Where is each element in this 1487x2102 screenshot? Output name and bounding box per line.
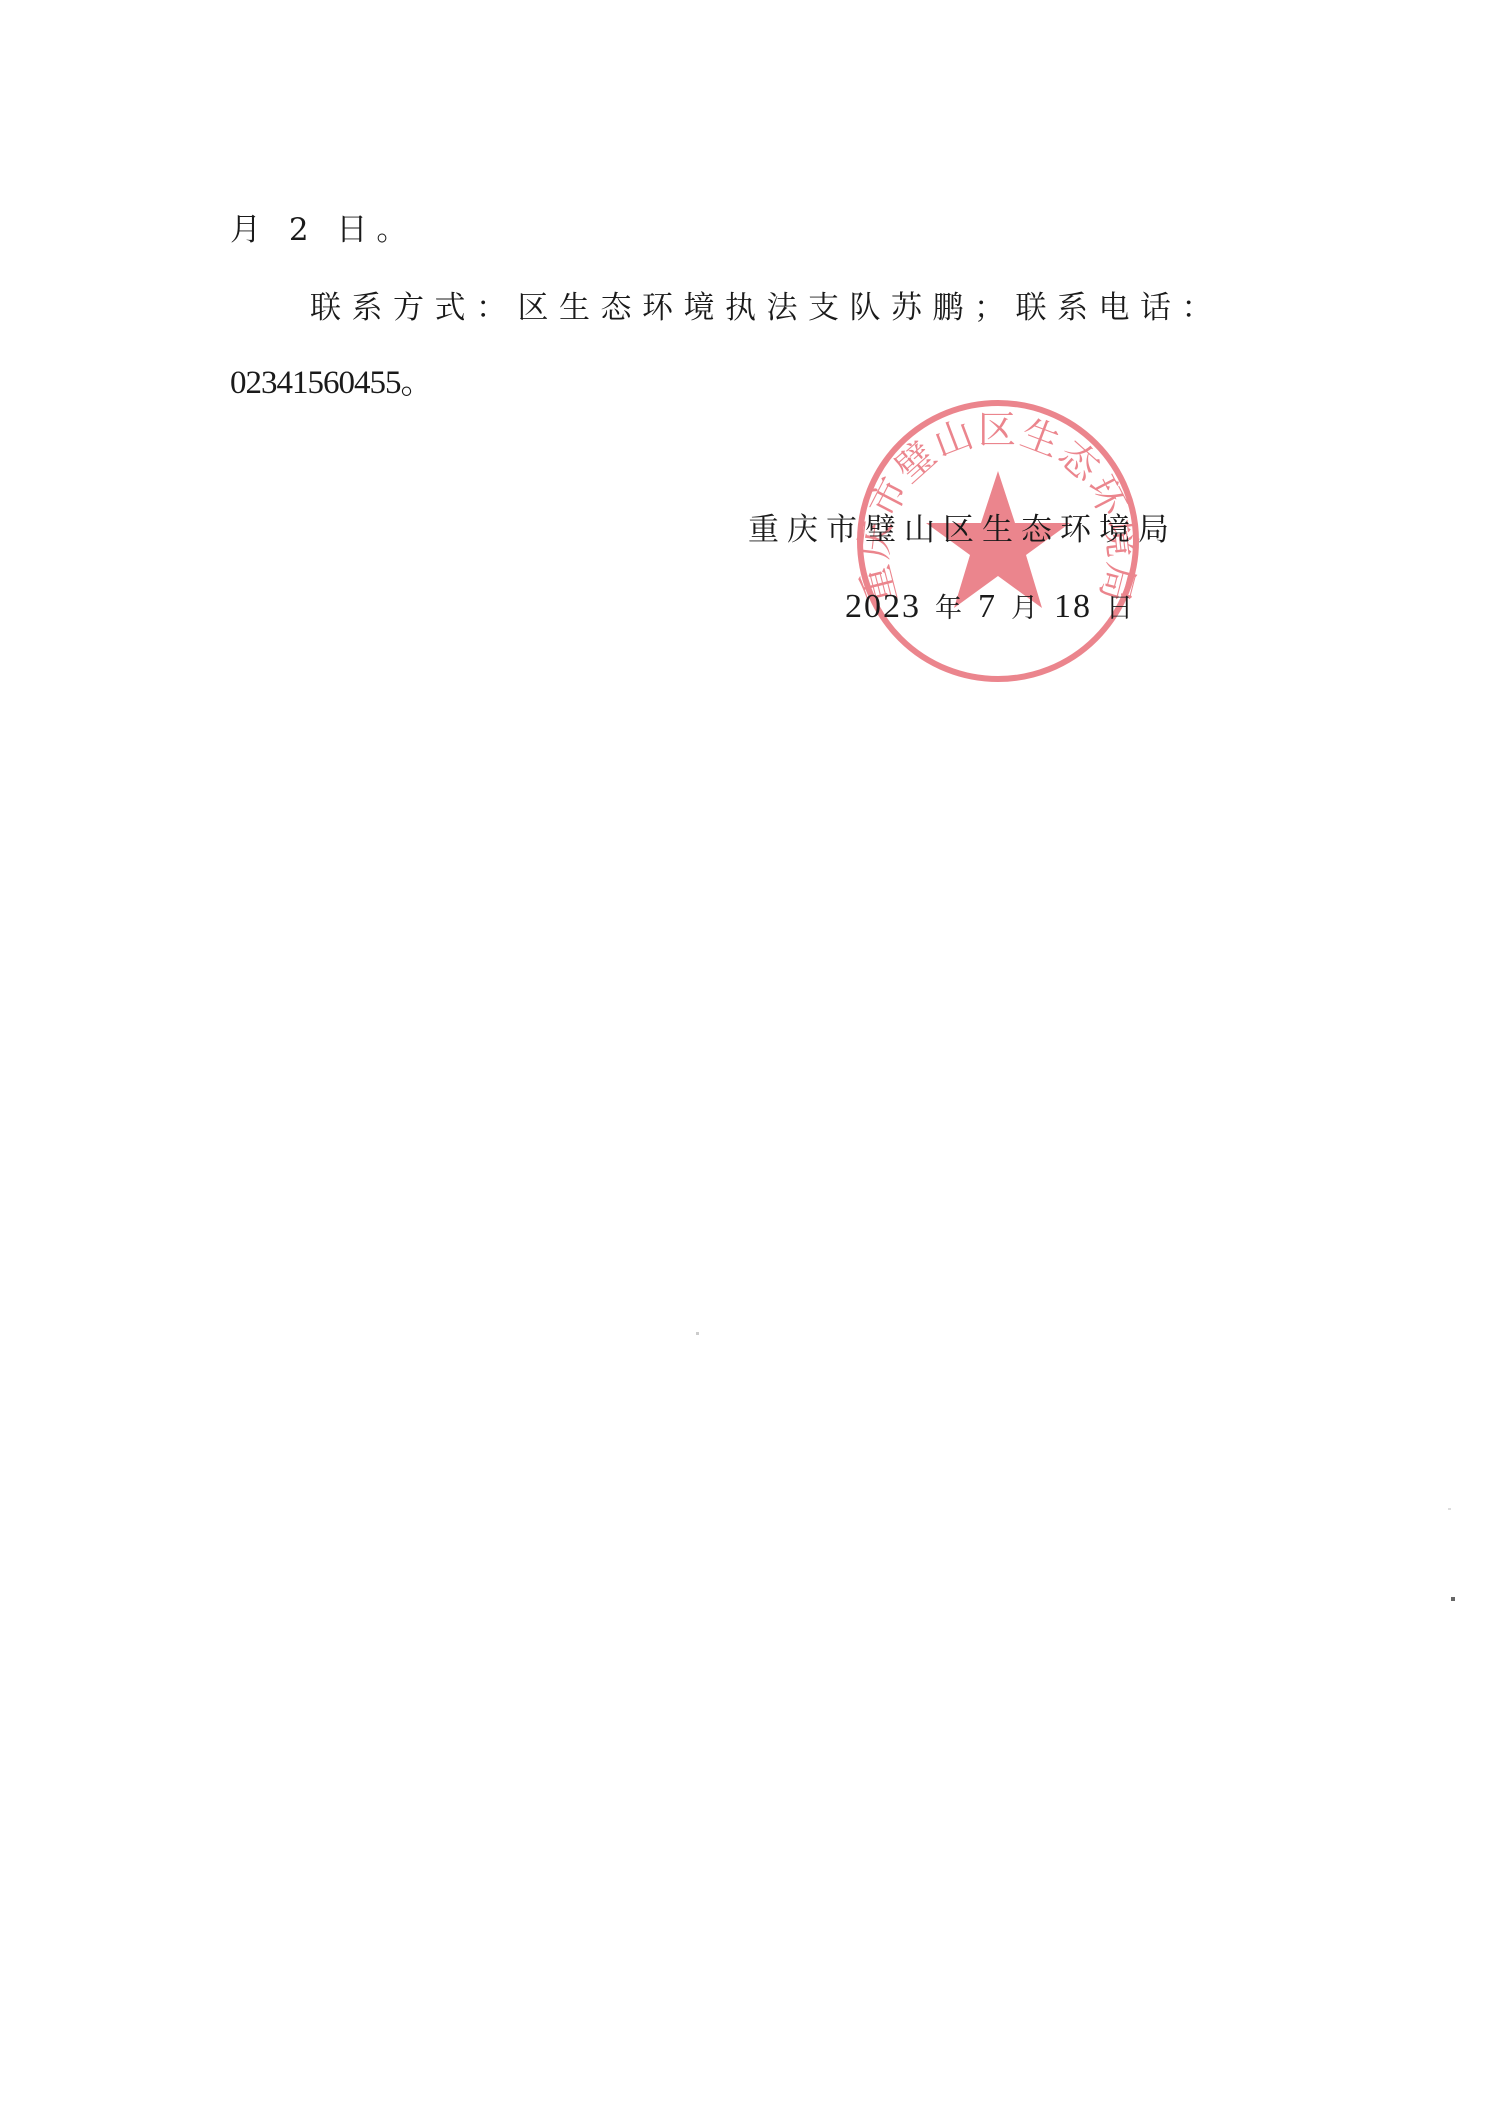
date-year-unit: 年 <box>935 593 964 624</box>
paragraph-end: 月 2 日。 <box>230 210 416 250</box>
scan-speck <box>1451 1597 1455 1601</box>
date-day: 18 <box>1054 588 1092 625</box>
phone-number: 02341560455。 <box>230 363 433 403</box>
contact-info: 联系方式：区生态环境执法支队苏鹏；联系电话： <box>310 288 1223 328</box>
signature-date: 2023年7月18日 <box>845 587 1149 629</box>
date-month: 7 <box>978 588 997 625</box>
date-year: 2023 <box>845 588 921 625</box>
date-day-unit: 日 <box>1106 593 1135 624</box>
date-month-unit: 月 <box>1011 593 1040 624</box>
scan-speck <box>696 1332 699 1335</box>
signature-organization: 重庆市璧山区生态环境局 <box>748 510 1177 550</box>
scan-speck <box>1448 1508 1451 1510</box>
